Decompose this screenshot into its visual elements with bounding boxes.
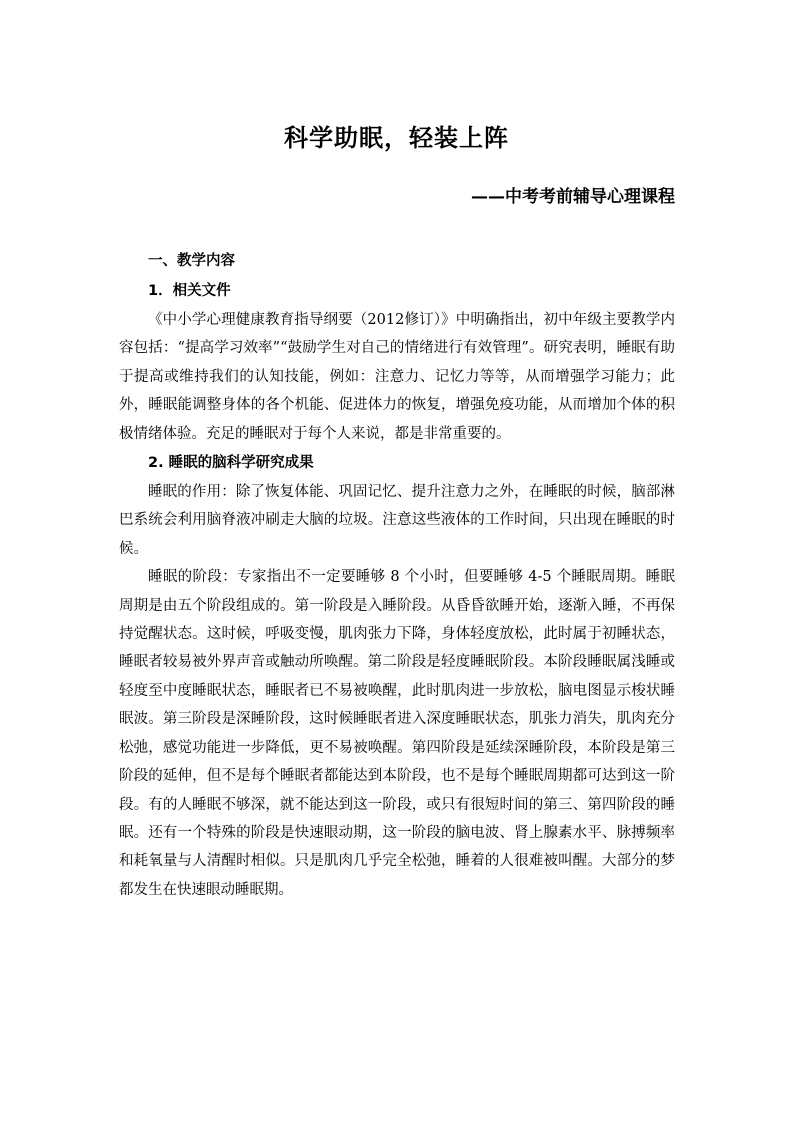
section-heading: 一、教学内容 (119, 246, 675, 276)
document-subtitle: ——中考考前辅导心理课程 (471, 182, 675, 207)
document-page: 科学助眠，轻装上阵 ——中考考前辅导心理课程 一、教学内容 1．相关文件 《中小… (0, 0, 793, 1122)
section-teaching-content: 一、教学内容 1．相关文件 《中小学心理健康教育指导纲要（2012修订）》中明确… (119, 246, 675, 904)
paragraph-sleep-stages: 睡眠的阶段：专家指出不一定要睡够 8 个小时，但要睡够 4-5 个睡眠周期。睡眠… (119, 563, 675, 904)
paragraph-sleep-function: 睡眠的作用：除了恢复体能、巩固记忆、提升注意力之外，在睡眠的时候，脑部淋巴系统会… (119, 478, 675, 563)
subsection-heading-related-documents: 1．相关文件 (119, 276, 675, 306)
document-title: 科学助眠，轻装上阵 (0, 118, 793, 153)
subsection-heading-brain-science: 2. 睡眠的脑科学研究成果 (119, 448, 675, 478)
paragraph-related-documents: 《中小学心理健康教育指导纲要（2012修订）》中明确指出，初中年级主要教学内容包… (119, 306, 675, 448)
